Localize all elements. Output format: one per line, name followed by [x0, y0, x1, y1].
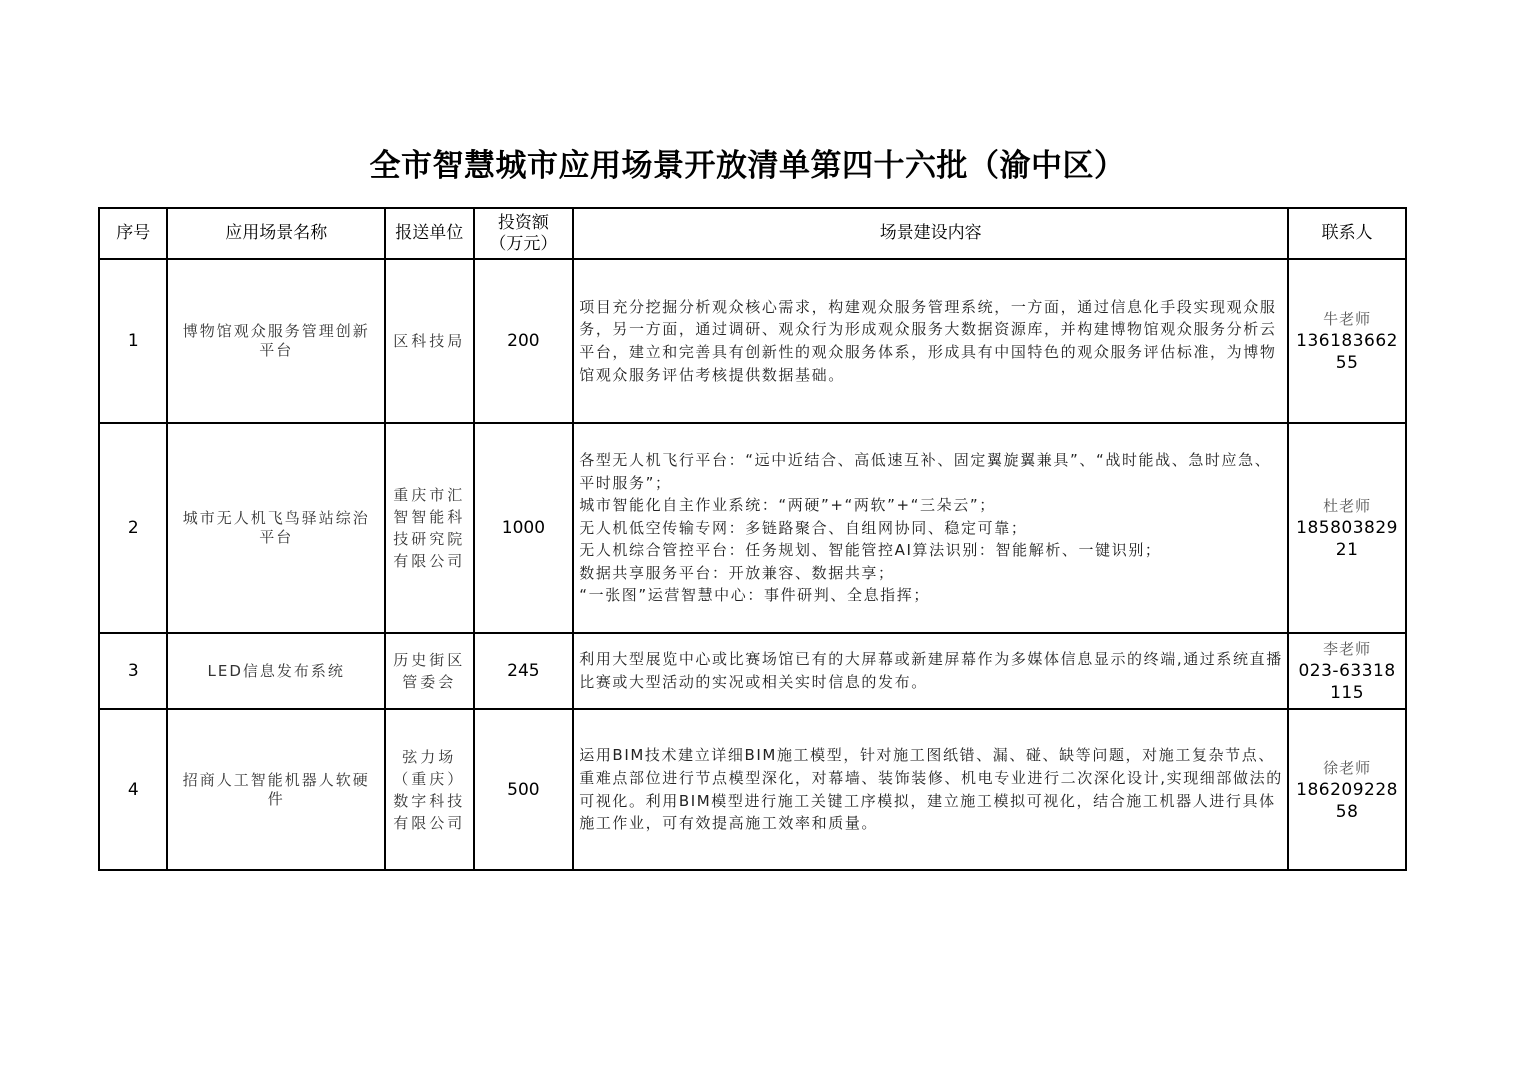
document-title: 全市智慧城市应用场景开放清单第四十六批（渝中区） — [0, 143, 1495, 189]
contact-name: 杜老师 — [1289, 495, 1405, 517]
content-line: 无人机低空传输专网：多链路聚合、自组网协同、稳定可靠； — [579, 517, 1283, 540]
cell-seq: 1 — [99, 259, 167, 423]
cell-amount: 200 — [474, 259, 574, 423]
content-line: “一张图”运营智慧中心：事件研判、全息指挥； — [579, 584, 1283, 607]
cell-content: 各型无人机飞行平台：“远中近结合、高低速互补、固定翼旋翼兼具”、“战时能战、急时… — [573, 423, 1288, 633]
cell-unit: 弦力场（重庆）数字科技有限公司 — [385, 709, 474, 870]
contact-name: 牛老师 — [1289, 308, 1405, 330]
contact-phone: 18580382921 — [1289, 517, 1405, 561]
cell-contact: 杜老师 18580382921 — [1288, 423, 1406, 633]
cell-content: 项目充分挖掘分析观众核心需求，构建观众服务管理系统，一方面，通过信息化手段实现观… — [573, 259, 1288, 423]
cell-scenario-name: 招商人工智能机器人软硬件 — [167, 709, 384, 870]
cell-amount: 245 — [474, 633, 574, 709]
cell-scenario-name: LED信息发布系统 — [167, 633, 384, 709]
cell-seq: 3 — [99, 633, 167, 709]
contact-phone: 023-63318115 — [1289, 660, 1405, 704]
contact-name: 李老师 — [1289, 638, 1405, 660]
cell-unit: 区科技局 — [385, 259, 474, 423]
header-amount: 投资额（万元） — [474, 208, 574, 259]
cell-seq: 2 — [99, 423, 167, 633]
cell-amount: 500 — [474, 709, 574, 870]
header-amount-label: 投资额（万元） — [483, 213, 563, 255]
table-row: 3 LED信息发布系统 历史街区管委会 245 利用大型展览中心或比赛场馆已有的… — [99, 633, 1406, 709]
cell-scenario-name: 博物馆观众服务管理创新平台 — [167, 259, 384, 423]
header-content: 场景建设内容 — [573, 208, 1288, 259]
cell-content: 利用大型展览中心或比赛场馆已有的大屏幕或新建屏幕作为多媒体信息显示的终端,通过系… — [573, 633, 1288, 709]
table-header-row: 序号 应用场景名称 报送单位 投资额（万元） 场景建设内容 联系人 — [99, 208, 1406, 259]
cell-contact: 李老师 023-63318115 — [1288, 633, 1406, 709]
contact-phone: 13618366255 — [1289, 330, 1405, 374]
contact-phone: 18620922858 — [1289, 779, 1405, 823]
cell-seq: 4 — [99, 709, 167, 870]
table-row: 2 城市无人机飞鸟驿站综治平台 重庆市汇智智能科技研究院有限公司 1000 各型… — [99, 423, 1406, 633]
contact-name: 徐老师 — [1289, 757, 1405, 779]
table-row: 1 博物馆观众服务管理创新平台 区科技局 200 项目充分挖掘分析观众核心需求，… — [99, 259, 1406, 423]
header-name: 应用场景名称 — [167, 208, 384, 259]
cell-scenario-name: 城市无人机飞鸟驿站综治平台 — [167, 423, 384, 633]
header-unit: 报送单位 — [385, 208, 474, 259]
content-line: 数据共享服务平台：开放兼容、数据共享； — [579, 562, 1283, 585]
scenario-table: 序号 应用场景名称 报送单位 投资额（万元） 场景建设内容 联系人 1 博物馆观… — [98, 207, 1407, 871]
content-line: 利用大型展览中心或比赛场馆已有的大屏幕或新建屏幕作为多媒体信息显示的终端,通过系… — [579, 648, 1283, 693]
cell-unit: 重庆市汇智智能科技研究院有限公司 — [385, 423, 474, 633]
header-seq: 序号 — [99, 208, 167, 259]
content-line: 项目充分挖掘分析观众核心需求，构建观众服务管理系统，一方面，通过信息化手段实现观… — [579, 296, 1283, 386]
cell-amount: 1000 — [474, 423, 574, 633]
cell-contact: 牛老师 13618366255 — [1288, 259, 1406, 423]
table-row: 4 招商人工智能机器人软硬件 弦力场（重庆）数字科技有限公司 500 运用BIM… — [99, 709, 1406, 870]
content-line: 运用BIM技术建立详细BIM施工模型，针对施工图纸错、漏、碰、缺等问题，对施工复… — [579, 744, 1283, 834]
content-line: 无人机综合管控平台：任务规划、智能管控AI算法识别：智能解析、一键识别； — [579, 539, 1283, 562]
content-line: 各型无人机飞行平台：“远中近结合、高低速互补、固定翼旋翼兼具”、“战时能战、急时… — [579, 449, 1283, 494]
cell-content: 运用BIM技术建立详细BIM施工模型，针对施工图纸错、漏、碰、缺等问题，对施工复… — [573, 709, 1288, 870]
cell-unit: 历史街区管委会 — [385, 633, 474, 709]
header-contact: 联系人 — [1288, 208, 1406, 259]
cell-contact: 徐老师 18620922858 — [1288, 709, 1406, 870]
content-line: 城市智能化自主作业系统：“两硬”+“两软”+“三朵云”； — [579, 494, 1283, 517]
